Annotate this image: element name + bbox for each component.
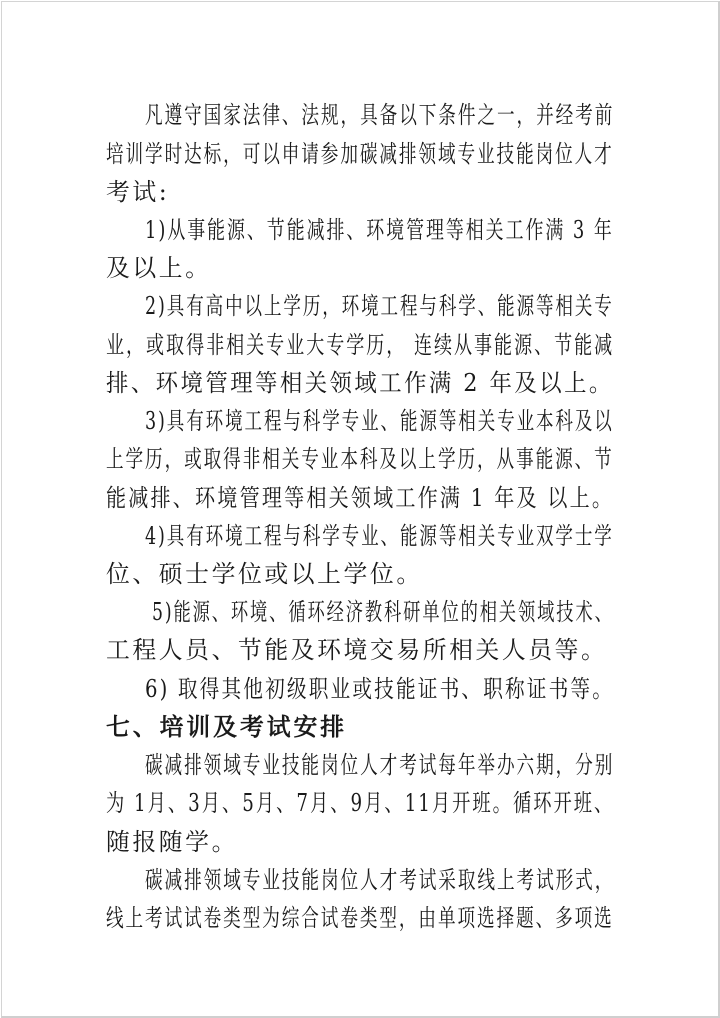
paragraph-intro-line-3: 考试: [106, 177, 614, 207]
condition-3-line-3: 能减排、环境管理等相关领域工作满 1 年及 以上。 [106, 483, 534, 513]
schedule-paragraph-line-1: 碳减排领域专业技能岗位人才考试每年举办六期，分别 [145, 750, 521, 780]
condition-3-line-1: 3)具有环境工程与科学专业、能源等相关专业本科及以 [145, 406, 519, 436]
condition-4-line-1: 4)具有环境工程与科学专业、能源等相关专业双学士学 [145, 521, 519, 551]
exam-format-paragraph-line-1: 碳减排领域专业技能岗位人才考试采取线上考试形式， [145, 865, 521, 895]
paragraph-intro-line-1: 凡遵守国家法律、法规，具备以下条件之一，并经考前 [145, 100, 521, 130]
section-heading-training-exam: 七、培训及考试安排 [106, 712, 614, 742]
schedule-paragraph-line-3: 随报随学。 [106, 827, 614, 857]
paragraph-intro-line-2: 培训学时达标，可以申请参加碳减排领域专业技能岗位人才 [106, 139, 482, 169]
condition-2-line-1: 2)具有高中以上学历，环境工程与科学、能源等相关专 [145, 291, 519, 321]
condition-5-line-1: 5)能源、环境、循环经济教科研单位的相关领域技术、 [152, 597, 520, 627]
condition-3-line-2: 上学历，或取得非相关专业本科及以上学历，从事能源、节 [106, 444, 482, 474]
condition-4-line-2: 位、硕士学位或以上学位。 [106, 559, 614, 589]
document-page: 凡遵守国家法律、法规，具备以下条件之一，并经考前 培训学时达标，可以申请参加碳减… [1, 1, 720, 1018]
condition-2-line-2: 业，或取得非相关专业大专学历， 连续从事能源、节能减 [106, 330, 491, 360]
condition-1-line-1: 1)从事能源、节能减排、环境管理等相关工作满 3 年 [145, 215, 528, 245]
condition-1-line-2: 及以上。 [106, 253, 614, 283]
condition-5-line-2: 工程人员、节能及环境交易所相关人员等。 [106, 635, 614, 665]
exam-format-paragraph-line-2: 线上考试试卷类型为综合试卷类型，由单项选择题、多项选 [106, 903, 482, 933]
condition-6-line-1: 6) 取得其他初级职业或技能证书、职称证书等。 [145, 674, 565, 704]
schedule-paragraph-line-2: 为 1月、3月、5月、7月、9月、11月开班。循环开班、 [106, 788, 496, 818]
condition-2-line-3: 排、环境管理等相关领域工作满 2 年及以上。 [106, 368, 584, 398]
